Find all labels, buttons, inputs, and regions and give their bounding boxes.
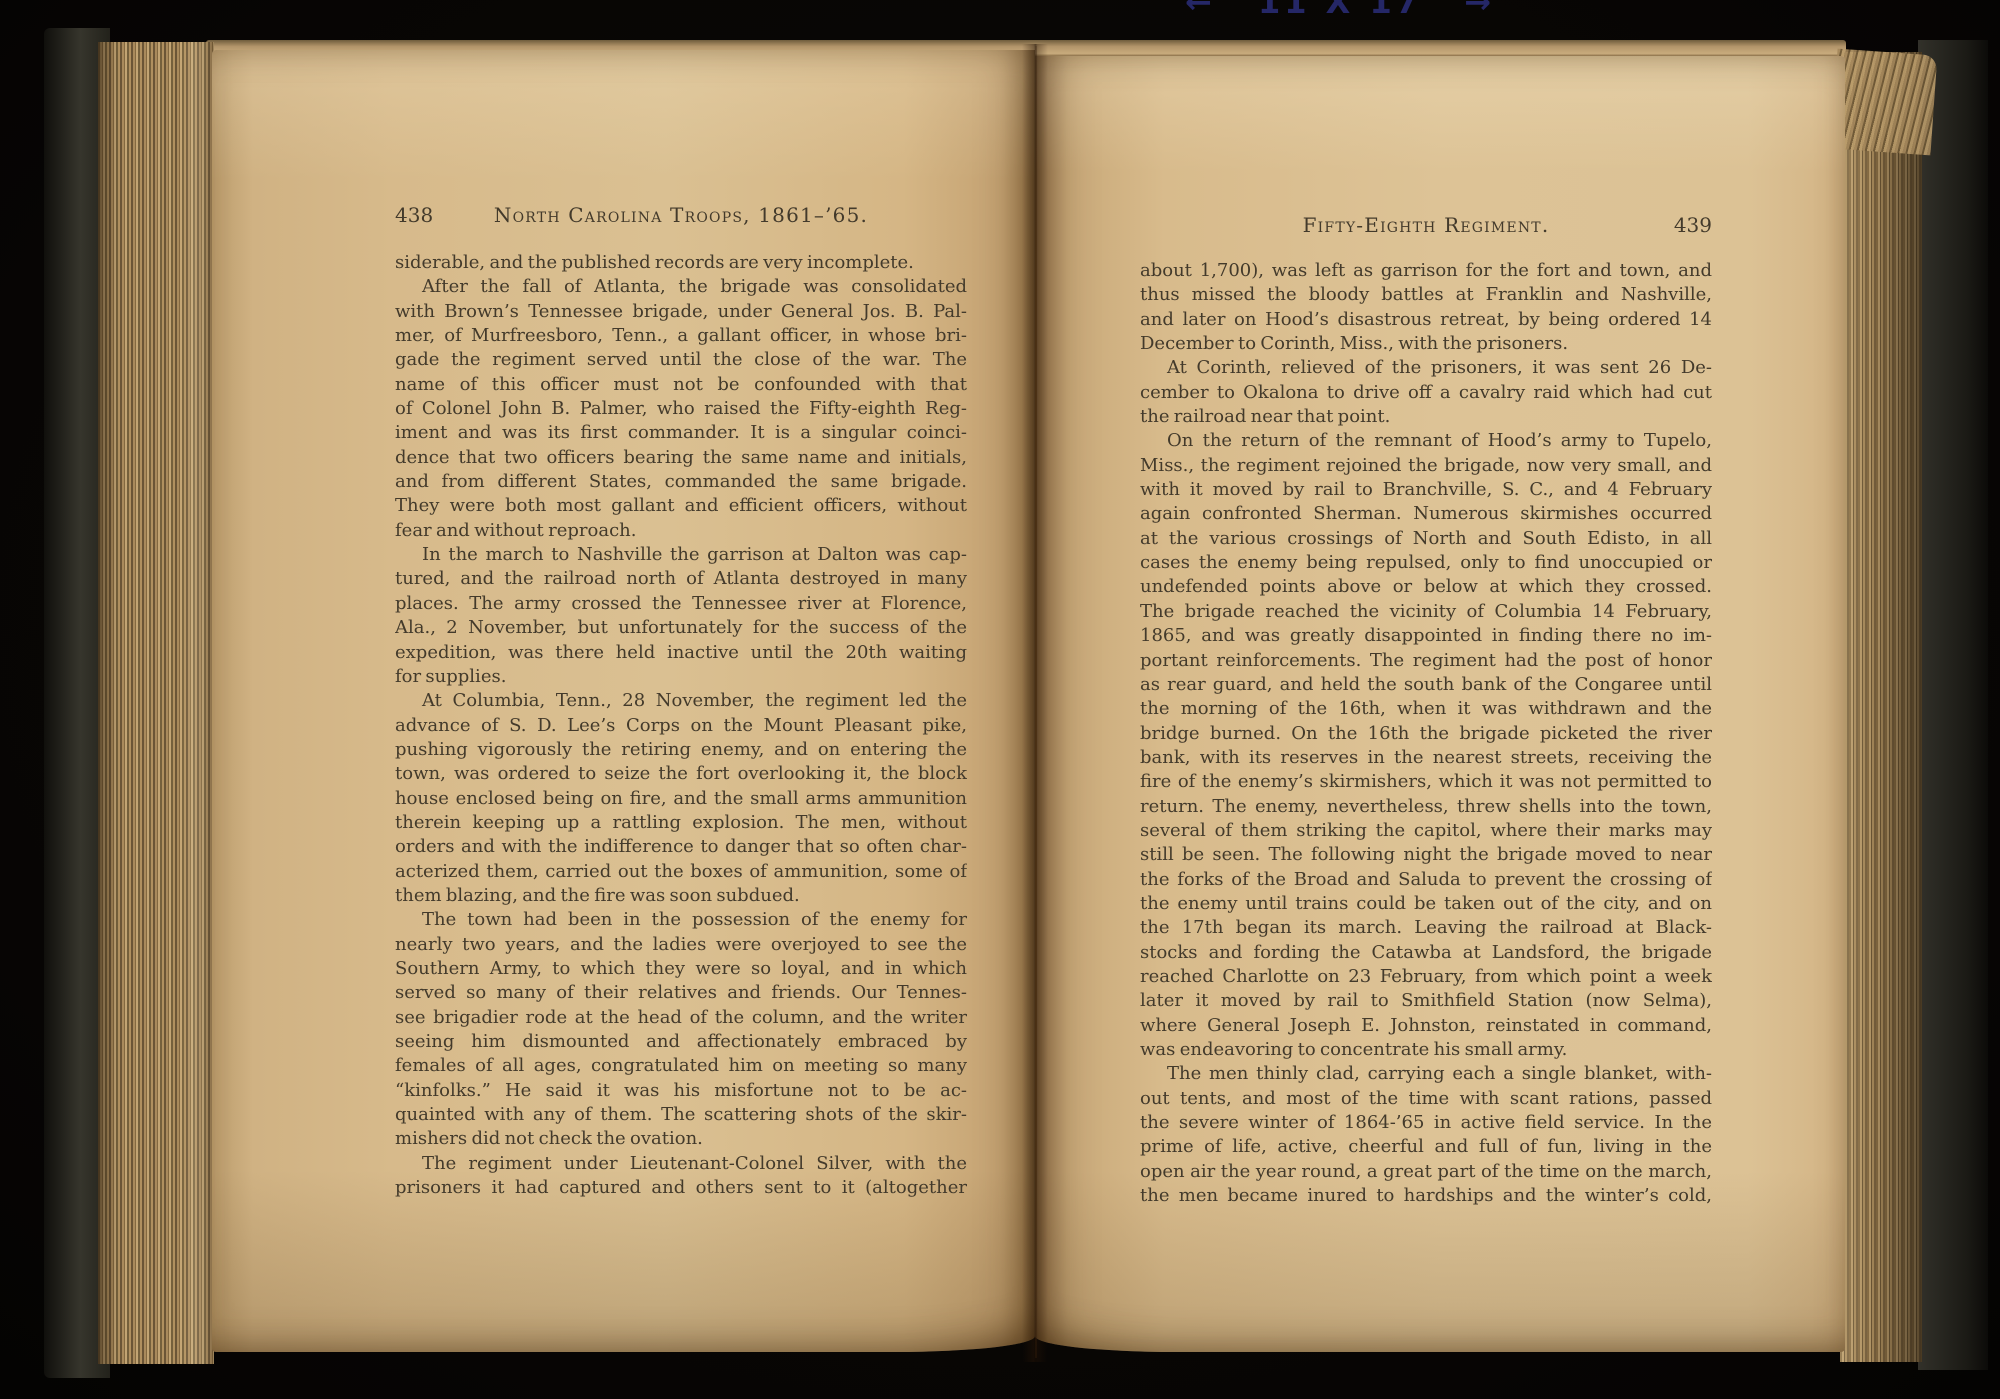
text-line: prisoners it had captured and others sen…	[395, 1176, 967, 1200]
text-line: cases the enemy being repulsed, only to …	[1140, 551, 1712, 575]
text-line: The town had been in the possession of t…	[395, 908, 967, 932]
text-line: pushing vigorously the retiring enemy, a…	[395, 738, 967, 762]
text-line: Ala., 2 November, but unfortunately for …	[395, 616, 967, 640]
text-line: and from different States, commanded the…	[395, 470, 967, 494]
right-page-body: about 1,700), was left as garrison for t…	[1140, 259, 1712, 1208]
text-line: the 17th began its march. Leaving the ra…	[1140, 916, 1712, 940]
text-line: return. The enemy, nevertheless, threw s…	[1140, 795, 1712, 819]
left-running-title: North Carolina Troops, 1861–’65.	[395, 203, 967, 227]
text-line: “kinfolks.” He said it was his misfortun…	[395, 1079, 967, 1103]
text-line: On the return of the remnant of Hood’s a…	[1140, 429, 1712, 453]
text-line: them blazing, and the fire was soon subd…	[395, 884, 967, 908]
text-line: the forks of the Broad and Saluda to pre…	[1140, 868, 1712, 892]
left-page-body: siderable, and the published records are…	[395, 251, 967, 1200]
text-line: undefended points above or below at whic…	[1140, 575, 1712, 599]
left-page: 438 North Carolina Troops, 1861–’65. sid…	[212, 50, 1035, 1352]
book-cover-right	[1918, 40, 1988, 1370]
text-line: the men became inured to hardships and t…	[1140, 1184, 1712, 1208]
text-line: where General Joseph E. Johnston, reinst…	[1140, 1014, 1712, 1038]
text-line: In the march to Nashville the garrison a…	[395, 543, 967, 567]
text-line: dence that two officers bearing the same…	[395, 446, 967, 470]
text-line: bank, with its reserves in the nearest s…	[1140, 746, 1712, 770]
text-line: At Columbia, Tenn., 28 November, the reg…	[395, 689, 967, 713]
text-line: mishers did not check the ovation.	[395, 1127, 967, 1151]
text-line: with Brown’s Tennessee brigade, under Ge…	[395, 300, 967, 324]
text-line: at the various crossings of North and So…	[1140, 527, 1712, 551]
text-line: expedition, was there held inactive unti…	[395, 641, 967, 665]
text-line: several of them striking the capitol, wh…	[1140, 819, 1712, 843]
marker-right-arrow-icon: →	[1464, 0, 1495, 21]
text-line: portant reinforcements. The regiment had…	[1140, 649, 1712, 673]
text-line: fear and without reproach.	[395, 519, 967, 543]
text-line: name of this officer must not be confoun…	[395, 373, 967, 397]
text-line: the enemy until trains could be taken ou…	[1140, 892, 1712, 916]
text-line: of Colonel John B. Palmer, who raised th…	[395, 397, 967, 421]
text-line: reached Charlotte on 23 February, from w…	[1140, 965, 1712, 989]
text-line: the severe winter of 1864-’65 in active …	[1140, 1111, 1712, 1135]
text-line: cember to Okalona to drive off a cavalry…	[1140, 381, 1712, 405]
text-line: for supplies.	[395, 665, 967, 689]
marker-size-text: 11 X 17	[1258, 0, 1422, 21]
text-line: 1865, and was greatly disappointed in fi…	[1140, 624, 1712, 648]
text-line: the railroad near that point.	[1140, 405, 1712, 429]
text-line: siderable, and the published records are…	[395, 251, 967, 275]
text-line: iment and was its first commander. It is…	[395, 421, 967, 445]
text-line: about 1,700), was left as garrison for t…	[1140, 259, 1712, 283]
text-line: gade the regiment served until the close…	[395, 348, 967, 372]
text-line: the morning of the 16th, when it was wit…	[1140, 697, 1712, 721]
text-line: tured, and the railroad north of Atlanta…	[395, 567, 967, 591]
text-line: thus missed the bloody battles at Frankl…	[1140, 283, 1712, 307]
text-line: The brigade reached the vicinity of Colu…	[1140, 600, 1712, 624]
marker-annotation: ← 11 X 17 →	[1185, 0, 1495, 21]
text-line: later it moved by rail to Smithfield Sta…	[1140, 989, 1712, 1013]
text-line: town, was ordered to seize the fort over…	[395, 762, 967, 786]
text-line: acterized them, carried out the boxes of…	[395, 860, 967, 884]
text-line: quainted with any of them. The scatterin…	[395, 1103, 967, 1127]
text-line: advance of S. D. Lee’s Corps on the Moun…	[395, 714, 967, 738]
text-line: Miss., the regiment rejoined the brigade…	[1140, 454, 1712, 478]
text-line: seeing him dismounted and affectionately…	[395, 1030, 967, 1054]
text-line: and later on Hood’s disastrous retreat, …	[1140, 308, 1712, 332]
text-line: still be seen. The following night the b…	[1140, 843, 1712, 867]
text-line: Southern Army, to which they were so loy…	[395, 957, 967, 981]
text-line: open air the year round, a great part of…	[1140, 1160, 1712, 1184]
right-page-number: 439	[1674, 213, 1712, 237]
text-line: stocks and fording the Catawba at Landsf…	[1140, 941, 1712, 965]
text-line: After the fall of Atlanta, the brigade w…	[395, 275, 967, 299]
text-line: as rear guard, and held the south bank o…	[1140, 673, 1712, 697]
right-page-header: Fifty-Eighth Regiment. 439	[1140, 213, 1712, 239]
page-edges-fan-top-right	[1831, 49, 1938, 156]
text-line: The men thinly clad, carrying each a sin…	[1140, 1062, 1712, 1086]
gutter-crease	[1035, 46, 1037, 1358]
text-line: places. The army crossed the Tennessee r…	[395, 592, 967, 616]
text-line: served so many of their relatives and fr…	[395, 981, 967, 1005]
text-line: females of all ages, congratulated him o…	[395, 1054, 967, 1078]
text-line: therein keeping up a rattling explosion.…	[395, 811, 967, 835]
text-line: fire of the enemy’s skirmishers, which i…	[1140, 770, 1712, 794]
text-line: with it moved by rail to Branchville, S.…	[1140, 478, 1712, 502]
left-page-header: 438 North Carolina Troops, 1861–’65.	[395, 203, 967, 229]
text-line: out tents, and most of the time with sca…	[1140, 1087, 1712, 1111]
text-line: orders and with the indifference to dang…	[395, 835, 967, 859]
text-line: mer, of Murfreesboro, Tenn., a gallant o…	[395, 324, 967, 348]
right-running-title: Fifty-Eighth Regiment.	[1140, 213, 1712, 237]
text-line: prime of life, active, cheerful and full…	[1140, 1135, 1712, 1159]
text-line: December to Corinth, Miss., with the pri…	[1140, 332, 1712, 356]
page-edges-left-stack	[98, 42, 214, 1364]
text-line: They were both most gallant and efficien…	[395, 494, 967, 518]
text-line: see brigadier rode at the head of the co…	[395, 1006, 967, 1030]
marker-left-arrow-icon: ←	[1185, 0, 1216, 21]
text-line: At Corinth, relieved of the prisoners, i…	[1140, 356, 1712, 380]
page-edges-right-stack	[1840, 52, 1922, 1362]
text-line: house enclosed being on fire, and the sm…	[395, 787, 967, 811]
right-page: Fifty-Eighth Regiment. 439 about 1,700),…	[1035, 56, 1845, 1352]
text-line: bridge burned. On the 16th the brigade p…	[1140, 722, 1712, 746]
text-line: nearly two years, and the ladies were ov…	[395, 933, 967, 957]
text-line: again confronted Sherman. Numerous skirm…	[1140, 502, 1712, 526]
text-line: The regiment under Lieutenant-Colonel Si…	[395, 1152, 967, 1176]
text-line: was endeavoring to concentrate his small…	[1140, 1038, 1712, 1062]
